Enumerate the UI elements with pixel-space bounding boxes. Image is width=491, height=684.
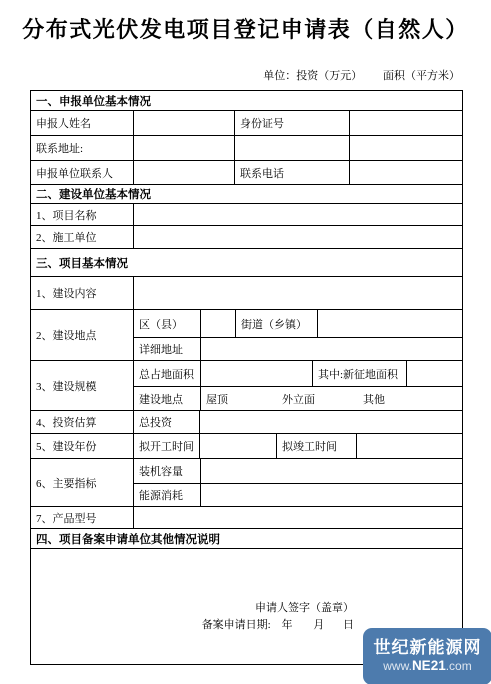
planned-finish-value-cell (356, 434, 462, 458)
ne21-watermark-logo: 世纪新能源网 www.NE21.com (363, 628, 491, 684)
total-investment-label: 总投资 (133, 411, 199, 433)
table-row: 总占地面积 其中:新征地面积 (134, 361, 462, 386)
units-note: 单位：投资（万元） 面积（平方米） (263, 67, 460, 83)
contact-address-extra-cell (234, 136, 349, 160)
planned-finish-label: 拟竣工时间 (276, 434, 356, 458)
street-value-cell (317, 310, 462, 337)
site-type-options-cell: 屋顶 外立面 其他 (200, 387, 462, 410)
table-row: 建设地点 屋顶 外立面 其他 (134, 386, 462, 410)
section3-header-row: 三、项目基本情况 (31, 248, 462, 276)
contact-phone-label: 联系电话 (234, 161, 349, 184)
section4-header: 四、项目备案申请单位其他情况说明 (31, 529, 462, 548)
id-number-label: 身份证号 (234, 111, 349, 135)
total-investment-value-cell (199, 411, 462, 433)
table-row: 申报单位联系人 联系电话 (31, 160, 462, 184)
street-label: 街道（乡镇） (235, 310, 317, 337)
new-land-area-label: 其中:新征地面积 (312, 361, 406, 386)
district-value-cell (200, 310, 235, 337)
site-type-other-label: 其他 (363, 391, 385, 407)
table-row: 1、建设内容 (31, 276, 462, 309)
contact-address-label: 联系地址: (31, 136, 133, 160)
contact-address-value-cell (133, 136, 234, 160)
applicant-name-label: 申报人姓名 (31, 111, 133, 135)
unit-area-note: 面积（平方米） (383, 70, 460, 82)
id-number-value-cell (349, 111, 462, 135)
table-row: 4、投资估算 总投资 (31, 410, 462, 433)
section1-header-row: 一、申报单位基本情况 (31, 91, 462, 110)
filing-date-line: 备案申请日期: 年 月 日 (202, 616, 354, 632)
planned-start-label: 拟开工时间 (133, 434, 199, 458)
construction-scale-subgrid: 总占地面积 其中:新征地面积 建设地点 屋顶 外立面 其他 (133, 361, 462, 410)
contact-address-extra-cell2 (349, 136, 462, 160)
project-name-value-cell (133, 204, 462, 225)
total-land-area-label: 总占地面积 (134, 361, 200, 386)
construction-site-subgrid: 区（县） 街道（乡镇） 详细地址 (133, 310, 462, 360)
construction-unit-label: 2、施工单位 (31, 226, 133, 248)
day-label: 日 (343, 619, 354, 631)
watermark-url-www: www. (383, 659, 412, 673)
watermark-url: www.NE21.com (383, 659, 471, 674)
construction-year-label: 5、建设年份 (31, 434, 133, 458)
product-model-value-cell (133, 507, 462, 528)
table-row: 2、施工单位 (31, 225, 462, 248)
site-type-facade-label: 外立面 (282, 391, 315, 407)
energy-consumption-value-cell (200, 484, 462, 506)
investment-estimate-label: 4、投资估算 (31, 411, 133, 433)
table-row: 申报人姓名 身份证号 (31, 110, 462, 135)
watermark-url-tld: .com (446, 659, 472, 673)
table-row: 能源消耗 (134, 483, 462, 506)
energy-consumption-label: 能源消耗 (134, 484, 200, 506)
main-indicators-row: 6、主要指标 装机容量 能源消耗 (31, 458, 462, 506)
page-title: 分布式光伏发电项目登记申请表（自然人） (0, 13, 491, 44)
product-model-label: 7、产品型号 (31, 507, 133, 528)
main-indicators-subgrid: 装机容量 能源消耗 (133, 459, 462, 506)
table-row: 详细地址 (134, 337, 462, 360)
construction-site-row: 2、建设地点 区（县） 街道（乡镇） 详细地址 (31, 309, 462, 360)
table-row: 装机容量 (134, 459, 462, 483)
applicant-name-value-cell (133, 111, 234, 135)
table-row: 1、项目名称 (31, 203, 462, 225)
installed-capacity-label: 装机容量 (134, 459, 200, 483)
main-indicators-label: 6、主要指标 (31, 459, 133, 506)
total-land-area-value-cell (200, 361, 312, 386)
installed-capacity-value-cell (200, 459, 462, 483)
construction-scale-row: 3、建设规模 总占地面积 其中:新征地面积 建设地点 屋顶 外立面 其他 (31, 360, 462, 410)
applicant-signature-label: 申请人签字（盖章） (255, 599, 354, 615)
construction-content-value-cell (133, 277, 462, 309)
planned-start-value-cell (199, 434, 276, 458)
unit-contact-label: 申报单位联系人 (31, 161, 133, 184)
table-row: 区（县） 街道（乡镇） (134, 310, 462, 337)
detail-address-label: 详细地址 (134, 338, 200, 360)
section1-header: 一、申报单位基本情况 (31, 91, 462, 110)
application-form-table: 一、申报单位基本情况 申报人姓名 身份证号 联系地址: 申报单位联系人 联系电话… (30, 90, 463, 665)
month-label: 月 (313, 619, 324, 631)
new-land-area-value-cell (406, 361, 462, 386)
form-page: 分布式光伏发电项目登记申请表（自然人） 单位：投资（万元） 面积（平方米） 一、… (0, 0, 491, 684)
section2-header: 二、建设单位基本情况 (31, 185, 462, 203)
project-name-label: 1、项目名称 (31, 204, 133, 225)
section2-header-row: 二、建设单位基本情况 (31, 184, 462, 203)
site-type-label: 建设地点 (134, 387, 200, 410)
district-label: 区（县） (134, 310, 200, 337)
filing-date-label: 备案申请日期: (202, 619, 271, 631)
detail-address-value-cell (200, 338, 462, 360)
section4-header-row: 四、项目备案申请单位其他情况说明 (31, 528, 462, 548)
unit-contact-value-cell (133, 161, 234, 184)
table-row: 联系地址: (31, 135, 462, 160)
site-type-roof-label: 屋顶 (206, 391, 228, 407)
construction-content-label: 1、建设内容 (31, 277, 133, 309)
watermark-site-name: 世纪新能源网 (374, 639, 482, 658)
contact-phone-value-cell (349, 161, 462, 184)
construction-scale-label: 3、建设规模 (31, 361, 133, 410)
table-row: 5、建设年份 拟开工时间 拟竣工时间 (31, 433, 462, 458)
section3-header: 三、项目基本情况 (31, 249, 462, 276)
unit-investment-note: 单位：投资（万元） (263, 70, 362, 82)
watermark-url-brand: NE21 (412, 658, 446, 673)
table-row: 7、产品型号 (31, 506, 462, 528)
construction-unit-value-cell (133, 226, 462, 248)
construction-site-label: 2、建设地点 (31, 310, 133, 360)
year-label: 年 (282, 619, 293, 631)
